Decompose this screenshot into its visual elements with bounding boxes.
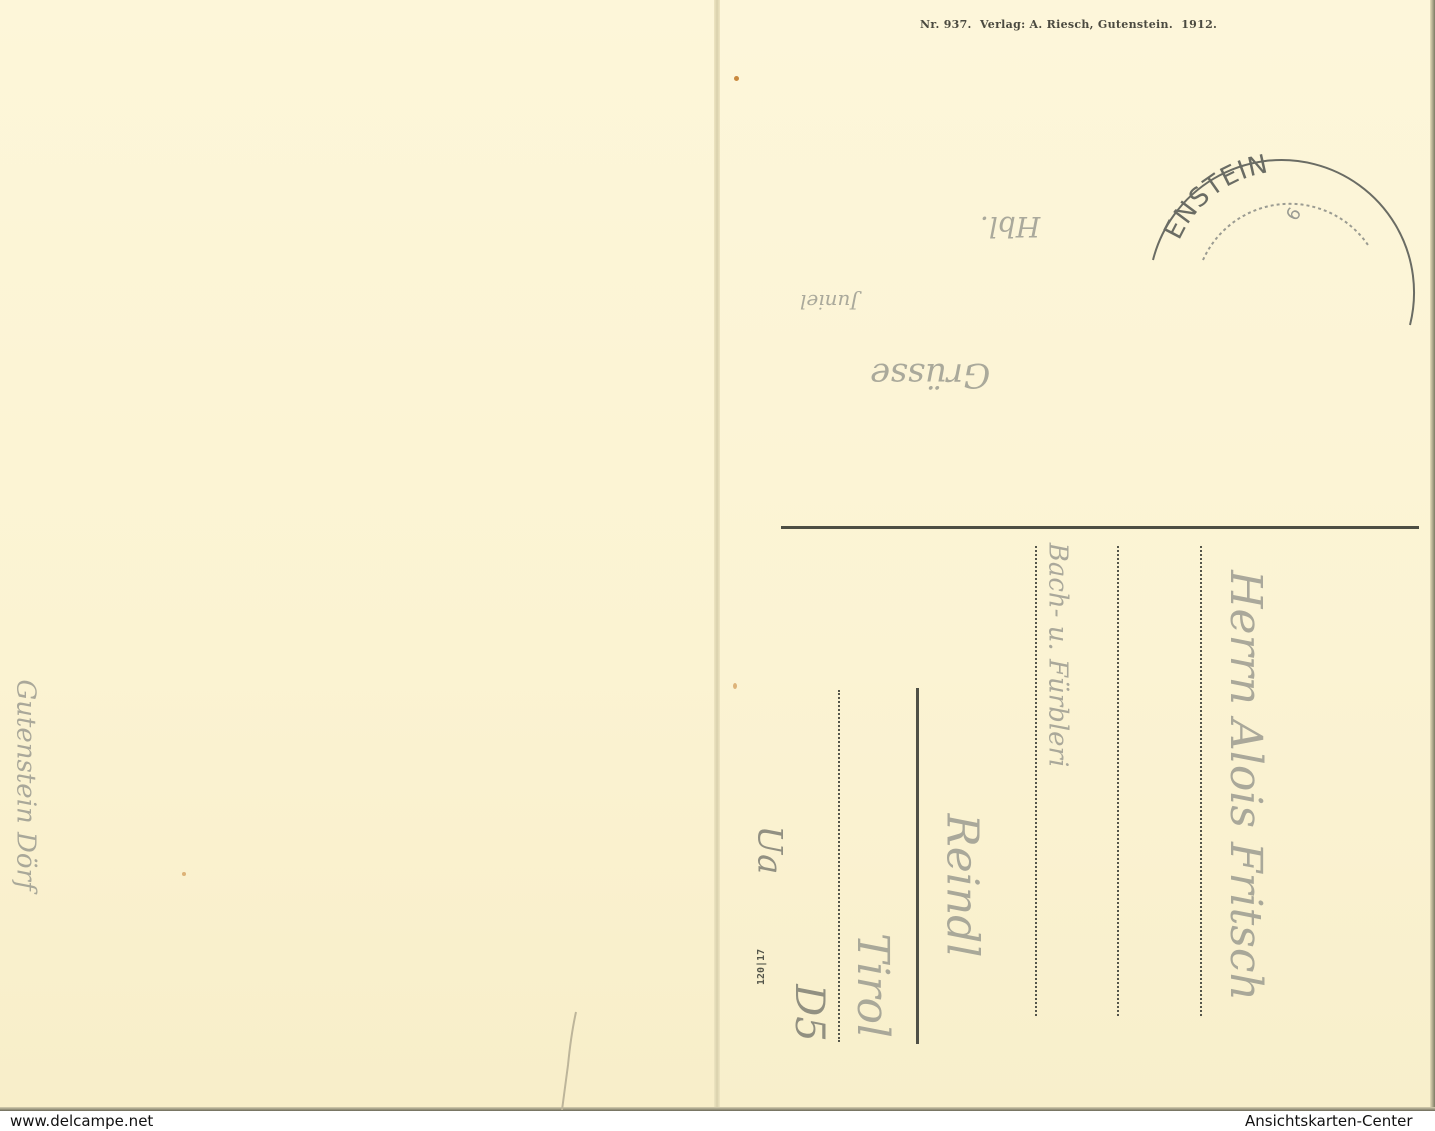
handwriting-note: Grüsse bbox=[870, 355, 990, 395]
postmark-digit: 6 bbox=[1282, 204, 1306, 224]
watermark-ansichtskarten-center: Ansichtskarten-Center bbox=[1245, 1112, 1413, 1130]
handwriting-address: Herrn Alois Fritsch bbox=[1220, 570, 1271, 1001]
card-edge-right bbox=[1430, 0, 1435, 1111]
handwriting-address: Bach- u. Fürbleri bbox=[1042, 543, 1072, 768]
address-dotted-line bbox=[1035, 546, 1037, 1016]
address-divider-line bbox=[781, 526, 1419, 529]
pencil-mark: Ua bbox=[749, 826, 789, 875]
handwriting-address: Reindl bbox=[936, 814, 987, 958]
message-dotted-line bbox=[838, 690, 840, 1042]
watermark-delcampe: www.delcampe.net bbox=[10, 1112, 153, 1130]
message-solid-line bbox=[916, 688, 919, 1044]
handwriting-note: Hbl. bbox=[980, 210, 1040, 243]
handwriting-margin-note: Gutenstein Dörf bbox=[11, 679, 41, 890]
stain-speck bbox=[182, 872, 186, 876]
handwriting-address: Tirol bbox=[847, 933, 898, 1038]
serial-number: 120|17 bbox=[756, 949, 767, 985]
svg-text:ENSTEIN: ENSTEIN bbox=[1158, 150, 1271, 244]
paper-tear-mark bbox=[560, 1010, 580, 1110]
postmark-stamp: ENSTEIN 6 bbox=[1148, 150, 1418, 350]
left-panel bbox=[0, 0, 716, 1111]
address-dotted-line bbox=[1200, 546, 1202, 1016]
postcard-back: Nr. 937. Verlag: A. Riesch, Gutenstein. … bbox=[0, 0, 1435, 1111]
stain-speck bbox=[733, 683, 737, 689]
card-edge-bottom bbox=[0, 1107, 1435, 1111]
postmark-text: ENSTEIN bbox=[1158, 150, 1271, 244]
publisher-imprint: Nr. 937. Verlag: A. Riesch, Gutenstein. … bbox=[920, 18, 1217, 31]
stain-speck bbox=[734, 76, 739, 81]
address-dotted-line bbox=[1117, 546, 1119, 1016]
handwriting-note: Juniel bbox=[800, 290, 858, 314]
pencil-mark: D5 bbox=[786, 984, 832, 1042]
